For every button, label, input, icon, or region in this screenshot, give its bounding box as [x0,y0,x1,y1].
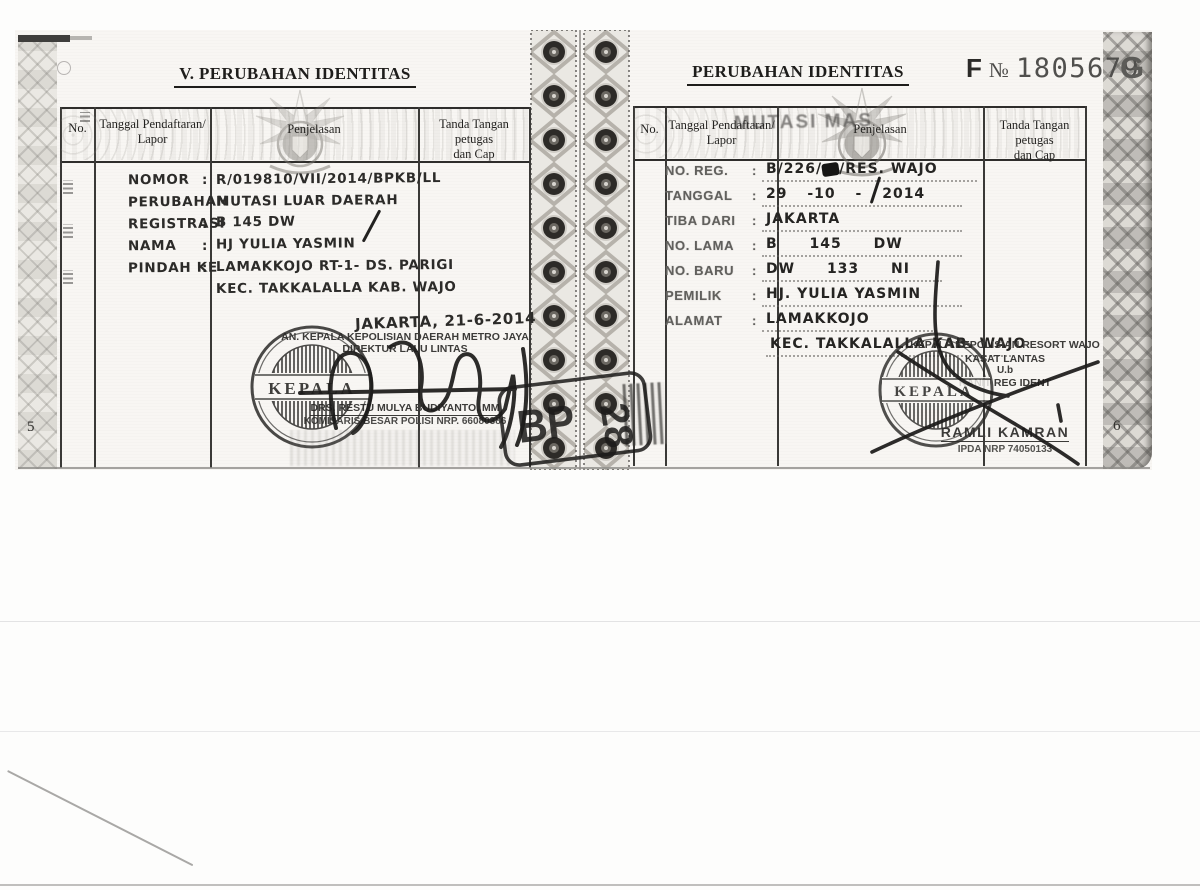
stamp-text-left: BP [514,395,577,453]
stamp-residue-smudge [290,430,515,466]
field-label: NO. REG. [665,163,728,178]
scanned-document-page: V. PERUBAHAN IDENTITAS No. Tanggal Penda… [0,0,1200,890]
field-value: MUTASI LUAR DAERAH [216,192,398,210]
field-colon: : [752,213,757,228]
field-value: R/019810/VII/2014/BPKB/LL [216,170,441,188]
column-header-signature: Tanda Tangan petugas dan Cap [420,117,528,162]
field-label: NO. LAMA [665,238,734,253]
column-header-description: Penjelasan [212,122,416,137]
scan-faint-line [0,621,1200,622]
column-header-signature: Tanda Tangan petugas dan Cap [985,118,1084,163]
value-underline [762,204,962,207]
serial-prefix: F [966,53,982,84]
serial-suffix: G [1120,50,1144,86]
scan-faint-line [0,731,1200,732]
field-colon: : [202,172,208,188]
column-header-no: No. [61,121,94,136]
scan-artifact [63,224,73,238]
table-rule [60,107,62,468]
field-colon: : [752,263,757,278]
booklet-bottom-edge [18,467,1150,469]
field-label: PERUBAHAN [128,194,229,211]
field-value: B 145 DW [216,214,296,231]
value-underline [762,179,977,182]
ink-scribble-blot [821,161,840,176]
field-label: REGISTRASI [128,216,225,233]
field-colon: : [752,288,757,303]
field-value: 29 -10 - 2014 [766,186,925,202]
field-value: KEC. TAKKALALLA KAB. WAJO [216,279,457,297]
field-value: LAMAKKOJO RT-1- DS. PARIGI [216,257,454,275]
page-number-right: 6 [1113,418,1121,435]
table-rule [210,107,212,468]
signature-right [850,250,1125,475]
field-colon: : [752,313,757,328]
stamp-text-right: 28 [591,400,641,451]
scan-edge-mark [18,35,70,42]
left-page-title: V. PERUBAHAN IDENTITAS [60,64,530,88]
field-label: TIBA DARI [665,213,736,228]
field-colon: : [752,188,757,203]
page-number-left: 5 [27,419,35,436]
scan-artifact [63,180,73,194]
field-value: JAKARTA [766,211,840,227]
field-label: NAMA [128,238,177,254]
field-value: B/226//RES. WAJO [766,161,938,177]
scan-artifact [80,112,90,122]
table-rule [94,107,96,468]
field-label: NO. BARU [665,263,734,278]
field-value: HJ YULIA YASMIN [216,235,356,252]
field-colon: : [202,216,208,232]
column-header-date: Tanggal Pendaftaran/ Lapor [96,117,209,147]
field-colon: : [202,260,208,276]
field-label: ALAMAT [665,313,723,328]
column-header-no: No. [634,122,665,137]
faded-overstamp-text: MUTASI MAS [734,109,944,135]
field-colon: : [202,238,208,254]
scan-artifact [57,61,71,75]
field-label: TANGGAL [665,188,733,203]
scan-artifact [63,270,73,284]
left-decorative-border [18,36,57,469]
field-label: PEMILIK [665,288,722,303]
field-label: NOMOR [128,172,190,189]
value-underline [762,229,962,232]
bp-check-stamp: BP 28 [490,370,660,470]
field-colon: : [752,238,757,253]
numero-sign: № [989,58,1009,83]
field-colon: : [752,163,757,178]
scan-bottom-edge [0,884,1200,886]
page-corner-edge [7,770,193,867]
right-page-title: PERUBAHAN IDENTITAS [633,62,963,86]
document-serial-number: F № 1805679 [966,53,1140,87]
scan-edge-mark [70,36,92,40]
